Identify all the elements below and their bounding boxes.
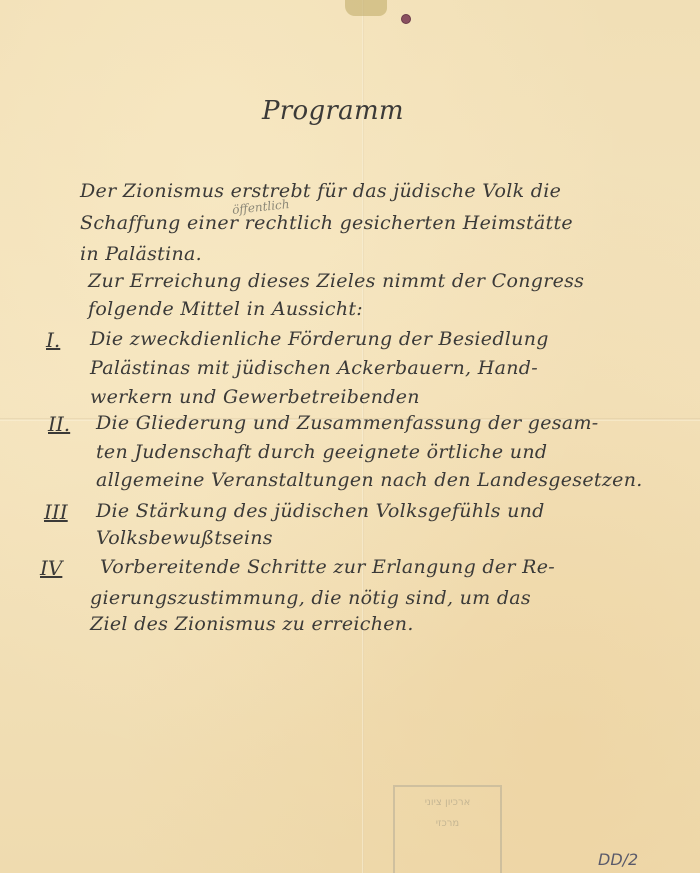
pin-hole-mark <box>401 14 411 24</box>
intro-line-4: Zur Erreichung dieses Zieles nimmt der C… <box>88 270 584 292</box>
item-2-line-2: ten Judenschaft durch geeignete örtliche… <box>96 441 547 463</box>
intro-line-2: Schaffung einer rechtlich gesicherten He… <box>80 212 573 234</box>
item-3-line-2: Volksbewußtseins <box>96 527 273 549</box>
stamp-line-1: ארכיון ציוני <box>395 797 500 808</box>
intro-line-3: in Palästina. <box>80 243 202 265</box>
item-numeral-2: II. <box>48 412 70 436</box>
stamp-line-2: מרכזי <box>395 818 500 829</box>
paper-background <box>0 0 700 873</box>
archive-stamp: ארכיון ציוני מרכזי <box>393 785 502 873</box>
item-numeral-3: III <box>44 500 68 524</box>
archive-reference-mark: DD/2 <box>598 850 638 869</box>
item-4-line-3: Ziel des Zionismus zu erreichen. <box>90 613 414 635</box>
item-1-line-3: werkern und Gewerbetreibenden <box>90 386 420 408</box>
document-title: Programm <box>262 96 404 126</box>
item-4-line-1: Vorbereitende Schritte zur Erlangung der… <box>100 556 555 578</box>
item-1-line-2: Palästinas mit jüdischen Ackerbauern, Ha… <box>90 357 538 379</box>
tape-residue <box>345 0 387 16</box>
item-4-line-2: gierungszustimmung, die nötig sind, um d… <box>90 587 531 609</box>
item-numeral-1: I. <box>46 328 60 352</box>
item-2-line-1: Die Gliederung und Zusammenfassung der g… <box>96 412 599 434</box>
intro-line-1: Der Zionismus erstrebt für das jüdische … <box>80 180 561 202</box>
vertical-fold-line <box>362 0 364 873</box>
item-1-line-1: Die zweckdienliche Förderung der Besiedl… <box>90 328 549 350</box>
item-3-line-1: Die Stärkung des jüdischen Volksgefühls … <box>96 500 545 522</box>
item-numeral-4: IV <box>40 556 62 580</box>
intro-line-5: folgende Mittel in Aussicht: <box>88 298 363 320</box>
item-2-line-3: allgemeine Veranstaltungen nach den Land… <box>96 469 643 491</box>
